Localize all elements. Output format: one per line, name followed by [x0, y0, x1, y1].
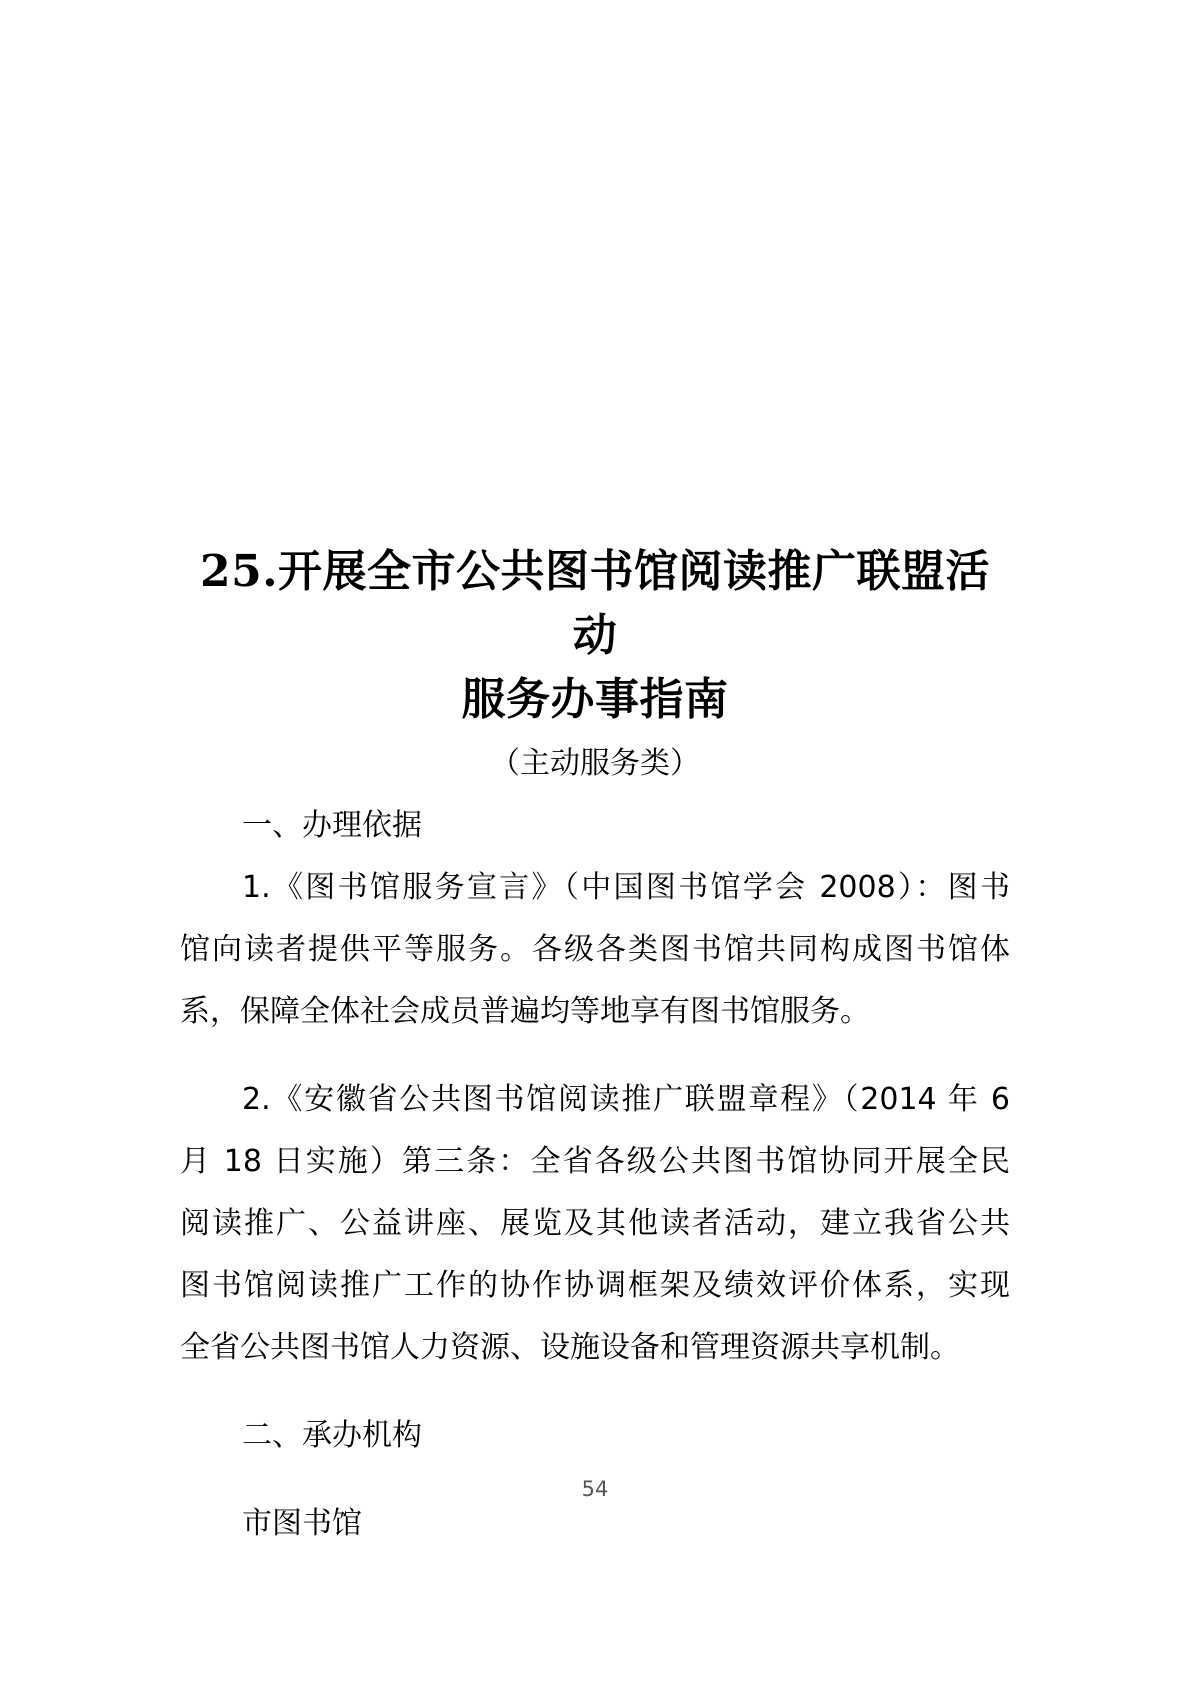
body-line: 市图书馆	[180, 1493, 1010, 1555]
body-line: 系，保障全体社会成员普遍均等地享有图书馆服务。	[180, 981, 1010, 1043]
document-page: 25.开展全市公共图书馆阅读推广联盟活动 服务办事指南 （主动服务类） 一、办理…	[0, 0, 1190, 1683]
paragraph-basis-1: 1.《图书馆服务宣言》（中国图书馆学会 2008）：图书 馆向读者提供平等服务。…	[180, 857, 1010, 1043]
section-1-heading: 一、办理依据	[180, 795, 1010, 857]
body-line: 馆向读者提供平等服务。各级各类图书馆共同构成图书馆体	[180, 919, 1010, 981]
page-number: 54	[0, 1476, 1190, 1502]
paragraph-organizer: 市图书馆	[180, 1493, 1010, 1555]
body-line: 图书馆阅读推广工作的协作协调框架及绩效评价体系，实现	[180, 1255, 1010, 1317]
document-title: 25.开展全市公共图书馆阅读推广联盟活动 服务办事指南	[180, 540, 1010, 732]
body-line: 阅读推广、公益讲座、展览及其他读者活动，建立我省公共	[180, 1193, 1010, 1255]
document-content: 25.开展全市公共图书馆阅读推广联盟活动 服务办事指南 （主动服务类） 一、办理…	[180, 0, 1010, 1555]
body-line: 月 18 日实施）第三条：全省各级公共图书馆协同开展全民	[180, 1131, 1010, 1193]
document-title-line-2: 服务办事指南	[180, 668, 1010, 732]
document-subtitle: （主动服务类）	[180, 742, 1010, 786]
paragraph-basis-2: 2.《安徽省公共图书馆阅读推广联盟章程》（2014 年 6 月 18 日实施）第…	[180, 1069, 1010, 1379]
body-line: 全省公共图书馆人力资源、设施设备和管理资源共享机制。	[180, 1317, 1010, 1379]
body-line: 2.《安徽省公共图书馆阅读推广联盟章程》（2014 年 6	[180, 1069, 1010, 1131]
document-title-line-1: 25.开展全市公共图书馆阅读推广联盟活动	[180, 540, 1010, 668]
section-2-heading: 二、承办机构	[180, 1405, 1010, 1467]
document-body: 一、办理依据 1.《图书馆服务宣言》（中国图书馆学会 2008）：图书 馆向读者…	[180, 795, 1010, 1555]
body-line: 1.《图书馆服务宣言》（中国图书馆学会 2008）：图书	[180, 857, 1010, 919]
